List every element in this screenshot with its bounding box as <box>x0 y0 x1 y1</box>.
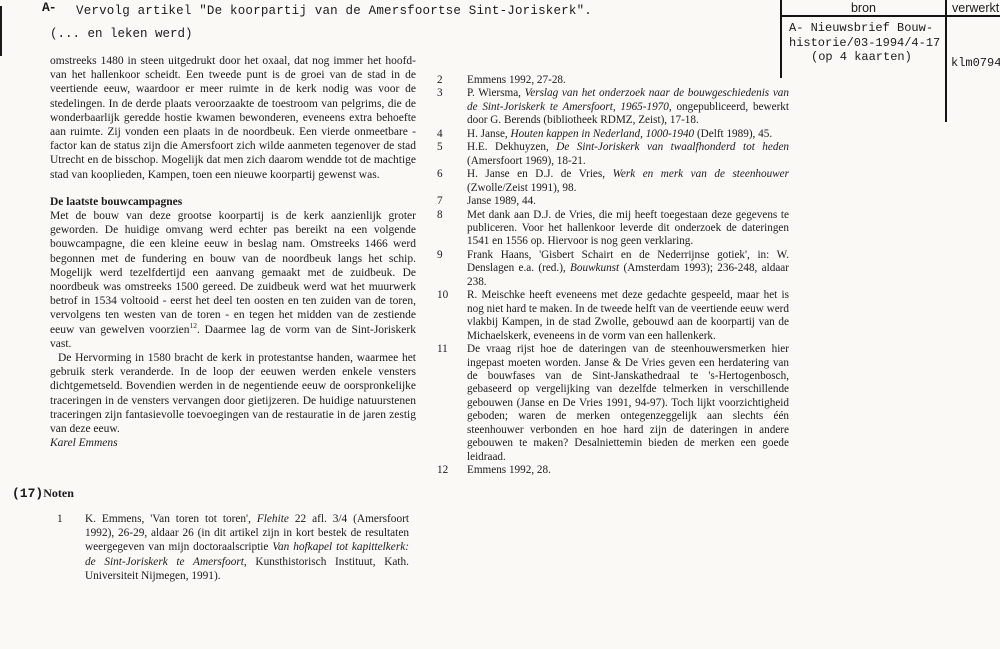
footnote-number: 1 <box>57 512 85 583</box>
footnote-item: 7Janse 1989, 44. <box>437 195 789 208</box>
footnote-number: 3 <box>437 87 467 127</box>
footnote-text: Janse 1989, 44. <box>467 195 789 208</box>
handwritten-number: (17) <box>12 486 43 501</box>
footnote-text: K. Emmens, 'Van toren tot toren', Flehit… <box>85 512 409 583</box>
article-paragraph: Met de bouw van deze grootse koorpartij … <box>50 209 416 351</box>
notes-section-heading: (17)Noten <box>12 486 74 501</box>
footnote-number: 8 <box>437 209 467 249</box>
bron-line: A- Nieuwsbrief Bouw- <box>789 21 945 36</box>
scanned-document-page: A- Vervolg artikel "De koorpartij van de… <box>0 0 1000 649</box>
footnote-number: 7 <box>437 195 467 208</box>
footnote-number: 12 <box>437 464 467 477</box>
footnote-text: H. Janse, Houten kappen in Nederland, 10… <box>467 128 789 141</box>
footnote-text: H. Janse en D.J. de Vries, Werk en merk … <box>467 168 789 195</box>
footnote-item: 5H.E. Dekhuyzen, De Sint-Joriskerk van t… <box>437 141 789 168</box>
footnote-text: R. Meischke heeft eveneens met deze geda… <box>467 289 789 343</box>
footnote-text: Met dank aan D.J. de Vries, die mij heef… <box>467 209 789 249</box>
footnote-text: P. Wiersma, Verslag van het onderzoek na… <box>467 87 789 127</box>
footnote-item: 11De vraag rijst hoe de dateringen van d… <box>437 343 789 464</box>
footnote-item: 8Met dank aan D.J. de Vries, die mij hee… <box>437 209 789 249</box>
footnote-item: 3P. Wiersma, Verslag van het onderzoek n… <box>437 87 789 127</box>
bron-cell: A- Nieuwsbrief Bouw- historie/03-1994/4-… <box>789 21 945 65</box>
footnote-item: 2Emmens 1992, 27-28. <box>437 74 789 87</box>
footnote-text: De vraag rijst hoe de dateringen van de … <box>467 343 789 464</box>
footnotes-list: 2Emmens 1992, 27-28.3P. Wiersma, Verslag… <box>437 74 789 478</box>
column-header-bron: bron <box>782 1 945 15</box>
bron-line: historie/03-1994/4-17 <box>789 36 945 51</box>
author-signature: Karel Emmens <box>50 436 416 450</box>
section-heading: De laatste bouwcampagnes <box>50 195 416 209</box>
footnote-number: 6 <box>437 168 467 195</box>
footnote-item: 6H. Janse en D.J. de Vries, Werk en merk… <box>437 168 789 195</box>
scan-edge-artifact <box>0 6 2 56</box>
table-header-rule <box>780 15 1000 17</box>
footnote-item: 1 K. Emmens, 'Van toren tot toren', Fleh… <box>57 512 409 583</box>
footnote-item: 12Emmens 1992, 28. <box>437 464 789 477</box>
footnote-text: H.E. Dekhuyzen, De Sint-Joriskerk van tw… <box>467 141 789 168</box>
footnote-item: 4H. Janse, Houten kappen in Nederland, 1… <box>437 128 789 141</box>
footnote-text: Emmens 1992, 27-28. <box>467 74 789 87</box>
notes-heading-label: Noten <box>43 486 74 500</box>
table-column-separator <box>945 0 947 122</box>
footnote-text: Frank Haans, 'Gisbert Schairt en de Nede… <box>467 249 789 289</box>
handwritten-annotation-a: A- <box>42 0 56 15</box>
footnote-text: Emmens 1992, 28. <box>467 464 789 477</box>
footnote-number: 4 <box>437 128 467 141</box>
footnote-number: 11 <box>437 343 467 464</box>
column-header-verwerkt: verwerkt <box>952 1 999 15</box>
footnote-number: 10 <box>437 289 467 343</box>
verwerkt-cell: klm0794 <box>951 56 1000 70</box>
page-subtitle: (... en leken werd) <box>50 27 193 41</box>
footnote-item: 9Frank Haans, 'Gisbert Schairt en de Ned… <box>437 249 789 289</box>
article-paragraph: De Hervorming in 1580 bracht de kerk in … <box>50 351 416 436</box>
bron-line: (op 4 kaarten) <box>789 50 945 65</box>
article-body: omstreeks 1480 in steen uitgedrukt door … <box>50 54 416 450</box>
footnote-number: 5 <box>437 141 467 168</box>
article-paragraph: omstreeks 1480 in steen uitgedrukt door … <box>50 54 416 182</box>
footnote-item: 10R. Meischke heeft eveneens met deze ge… <box>437 289 789 343</box>
footnote-number: 9 <box>437 249 467 289</box>
footnote-number: 2 <box>437 74 467 87</box>
page-title: Vervolg artikel "De koorpartij van de Am… <box>76 4 592 18</box>
